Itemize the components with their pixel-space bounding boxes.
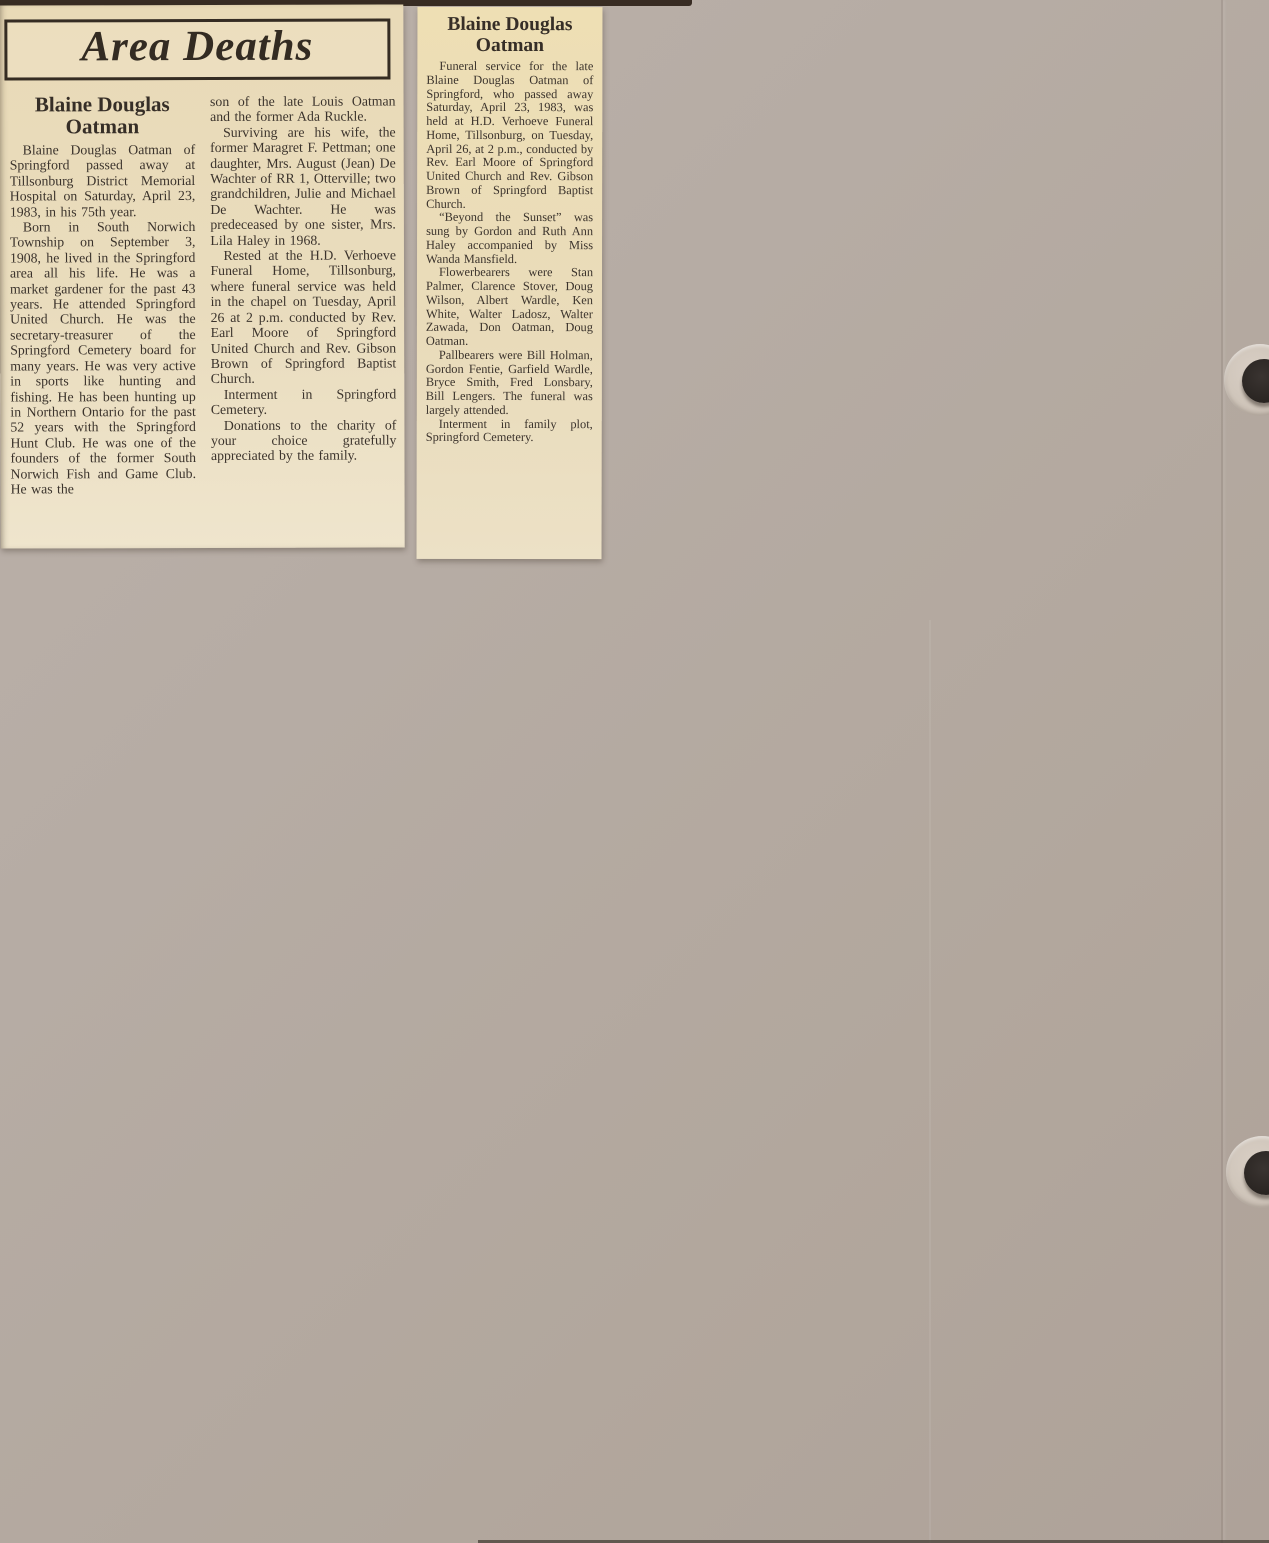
obituary-column-1: Blaine Douglas Oatman Blaine Douglas Oat…: [10, 94, 197, 497]
right-obituary-clipping: Blaine Douglas Oatman Funeral service fo…: [417, 7, 603, 559]
obituary-heading: Blaine Douglas Oatman: [10, 94, 196, 137]
binder-hole-punch: [1244, 1151, 1269, 1195]
page-crease: [1221, 0, 1223, 1543]
scrapbook-page: Area Deaths Blaine Douglas Oatman Blaine…: [0, 0, 1269, 1543]
obituary-paragraph: Interment in Springford Cemetery.: [211, 386, 397, 417]
obituary-paragraph: Flowerbearers were Stan Palmer, Clarence…: [426, 266, 593, 349]
masthead-title: Area Deaths: [81, 23, 313, 71]
obituary-paragraph: Donations to the charity of your choice …: [211, 417, 397, 464]
left-obituary-clipping: Area Deaths Blaine Douglas Oatman Blaine…: [0, 4, 405, 548]
area-deaths-masthead: Area Deaths: [4, 19, 390, 81]
obituary-paragraph: Interment in family plot, Springford Cem…: [426, 417, 593, 445]
obituary-paragraph: Born in South Norwich Township on Septem…: [10, 219, 196, 497]
clipping-columns: Blaine Douglas Oatman Blaine Douglas Oat…: [0, 86, 405, 496]
obituary-paragraph: Blaine Douglas Oatman of Springford pass…: [10, 142, 196, 220]
obituary-heading: Blaine Douglas Oatman: [426, 14, 593, 56]
obituary-paragraph: Funeral service for the late Blaine Doug…: [426, 60, 593, 212]
obituary-paragraph: son of the late Louis Oatman and the for…: [210, 93, 396, 124]
obituary-paragraph: Rested at the H.D. Verhoeve Funeral Home…: [210, 248, 396, 387]
page-crease: [929, 620, 931, 1543]
binder-hole-punch: [1242, 359, 1269, 403]
binder-hole-top: [1224, 344, 1269, 416]
obituary-paragraph: Pallbearers were Bill Holman, Gordon Fen…: [426, 349, 593, 418]
obituary-column-2: son of the late Louis Oatman and the for…: [210, 93, 397, 496]
obituary-paragraph: Surviving are his wife, the former Marag…: [210, 124, 396, 248]
obituary-paragraph: “Beyond the Sunset” was sung by Gordon a…: [426, 211, 593, 266]
binder-hole-bottom: [1226, 1136, 1269, 1208]
